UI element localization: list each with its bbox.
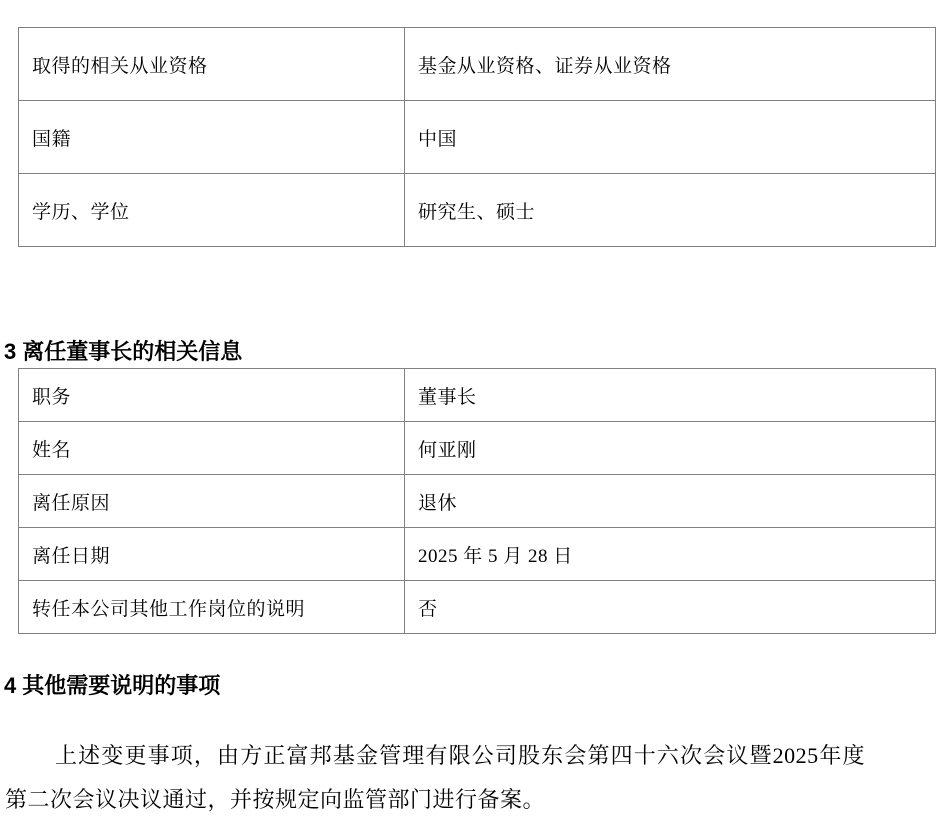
table-row: 职务 董事长 <box>19 369 936 422</box>
row-label-cell: 取得的相关从业资格 <box>19 28 405 101</box>
row-label-cell: 离任日期 <box>19 528 405 581</box>
row-value-cell: 中国 <box>405 101 936 174</box>
row-label-cell: 姓名 <box>19 422 405 475</box>
section-4-title: 其他需要说明的事项 <box>22 673 220 698</box>
row-label-cell: 离任原因 <box>19 475 405 528</box>
closing-paragraph: 上述变更事项，由方正富邦基金管理有限公司股东会第四十六次会议暨2025年度第二次… <box>5 734 865 816</box>
row-value-cell: 何亚刚 <box>405 422 936 475</box>
table-row: 离任日期 2025 年 5 月 28 日 <box>19 528 936 581</box>
row-label-cell: 国籍 <box>19 101 405 174</box>
qualification-table: 取得的相关从业资格 基金从业资格、证券从业资格 国籍 中国 学历、学位 研究生、… <box>18 27 936 247</box>
row-value-cell: 董事长 <box>405 369 936 422</box>
section-3-title: 离任董事长的相关信息 <box>22 339 242 364</box>
table-row: 转任本公司其他工作岗位的说明 否 <box>19 581 936 634</box>
section-3-heading: 3离任董事长的相关信息 <box>4 339 242 365</box>
row-value-cell: 退休 <box>405 475 936 528</box>
document-page: 取得的相关从业资格 基金从业资格、证券从业资格 国籍 中国 学历、学位 研究生、… <box>0 0 950 816</box>
row-label-cell: 职务 <box>19 369 405 422</box>
row-value-cell: 否 <box>405 581 936 634</box>
section-4-number: 4 <box>4 673 16 698</box>
row-value-cell: 2025 年 5 月 28 日 <box>405 528 936 581</box>
outgoing-chairman-table: 职务 董事长 姓名 何亚刚 离任原因 退休 离任日期 2025 年 5 月 28… <box>18 368 936 634</box>
row-value-cell: 基金从业资格、证券从业资格 <box>405 28 936 101</box>
table-row: 离任原因 退休 <box>19 475 936 528</box>
table-row: 姓名 何亚刚 <box>19 422 936 475</box>
table-row: 国籍 中国 <box>19 101 936 174</box>
table-row: 取得的相关从业资格 基金从业资格、证券从业资格 <box>19 28 936 101</box>
row-label-cell: 学历、学位 <box>19 174 405 247</box>
row-value-cell: 研究生、硕士 <box>405 174 936 247</box>
section-3-number: 3 <box>4 339 16 364</box>
table-row: 学历、学位 研究生、硕士 <box>19 174 936 247</box>
row-label-cell: 转任本公司其他工作岗位的说明 <box>19 581 405 634</box>
section-4-heading: 4其他需要说明的事项 <box>4 673 220 699</box>
